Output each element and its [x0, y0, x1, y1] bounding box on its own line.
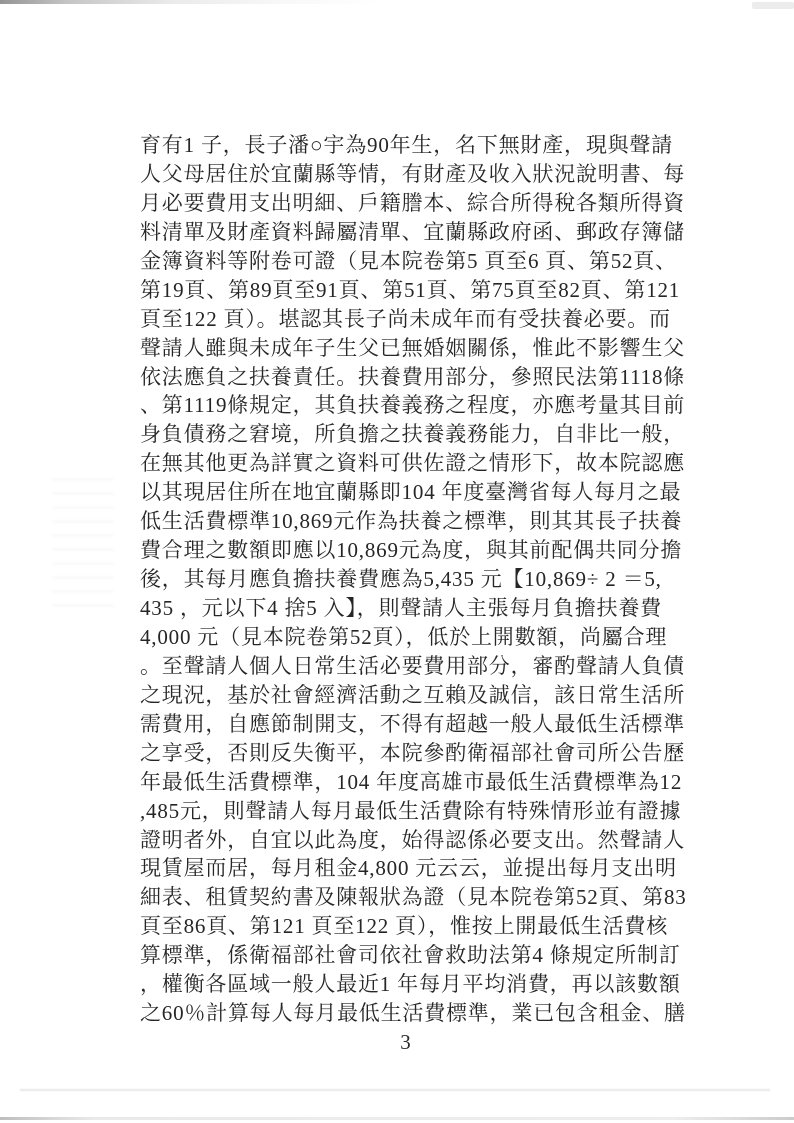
text-line: 費合理之數額即應以10,869元為度，與其前配偶共同分擔	[140, 536, 692, 565]
text-line: 在無其他更為詳實之資料可供佐證之情形下，故本院認應	[140, 449, 692, 478]
text-line: 低生活費標準10,869元作為扶養之標準，則其其長子扶養	[140, 507, 692, 536]
text-line: 月必要費用支出明細、戶籍謄本、綜合所得稅各類所得資	[140, 189, 692, 218]
text-line: 金簿資料等附卷可證（見本院卷第5 頁至6 頁、第52頁、	[140, 247, 692, 276]
scanned-document-page: 育有1 子，長子潘○宇為90年生，名下無財產，現與聲請人父母居住於宜蘭縣等情，有…	[0, 0, 794, 1123]
text-line: 第19頁、第89頁至91頁、第51頁、第75頁至82頁、第121	[140, 276, 692, 305]
text-line: 算標準，係衛福部社會司依社會救助法第4 條規定所制訂	[140, 941, 692, 970]
scan-artifact-bottom-line	[20, 1089, 770, 1091]
scan-artifact-top-edge	[0, 0, 380, 4]
text-line: 、第1119條規定，其負扶養義務之程度，亦應考量其目前	[140, 391, 692, 420]
text-line: 證明者外，自宜以此為度，始得認係必要支出。然聲請人	[140, 826, 692, 855]
body-text: 育有1 子，長子潘○宇為90年生，名下無財產，現與聲請人父母居住於宜蘭縣等情，有…	[140, 131, 692, 1028]
text-line: 依法應負之扶養責任。扶養費用部分，參照民法第1118條	[140, 363, 692, 392]
text-line: 頁至122 頁）。堪認其長子尚未成年而有受扶養必要。而	[140, 305, 692, 334]
text-line: 435 ，元以下4 捨5 入】，則聲請人主張每月負擔扶養費	[140, 594, 692, 623]
text-line: 料清單及財產資料歸屬清單、宜蘭縣政府函、郵政存簿儲	[140, 218, 692, 247]
text-line: 細表、租賃契約書及陳報狀為證（見本院卷第52頁、第83	[140, 883, 692, 912]
text-line: ,485元，則聲請人每月最低生活費除有特殊情形並有證據	[140, 797, 692, 826]
scan-artifact-top-right	[752, 2, 794, 9]
page-number: 3	[140, 1030, 672, 1055]
text-line: ，權衡各區域一般人最近1 年每月平均消費，再以該數額	[140, 970, 692, 999]
text-line: 需費用，自應節制開支，不得有超越一般人最低生活標準	[140, 710, 692, 739]
text-line: 以其現居住所在地宜蘭縣即104 年度臺灣省每人每月之最	[140, 478, 692, 507]
text-line: 之60％計算每人每月最低生活費標準，業已包含租金、膳	[140, 999, 692, 1028]
text-line: 之現況，基於社會經濟活動之互賴及誠信，該日常生活所	[140, 681, 692, 710]
text-line: 年最低生活費標準，104 年度高雄市最低生活費標準為12	[140, 768, 692, 797]
text-line: 人父母居住於宜蘭縣等情，有財產及收入狀況說明書、每	[140, 160, 692, 189]
text-line: 。至聲請人個人日常生活必要費用部分，審酌聲請人負債	[140, 652, 692, 681]
text-line: 頁至86頁、第121 頁至122 頁），惟按上開最低生活費核	[140, 912, 692, 941]
text-line: 後，其每月應負擔扶養費應為5,435 元【10,869÷ 2 ＝5,	[140, 565, 692, 594]
text-line: 之享受，否則反失衡平，本院參酌衛福部社會司所公告歷	[140, 739, 692, 768]
text-line: 聲請人雖與未成年子生父已無婚姻關係，惟此不影響生父	[140, 334, 692, 363]
text-line: 4,000 元（見本院卷第52頁），低於上開數額，尚屬合理	[140, 623, 692, 652]
text-line: 現賃屋而居，每月租金4,800 元云云，並提出每月支出明	[140, 854, 692, 883]
scan-artifact-left-margin-bleed	[52, 478, 114, 618]
text-line: 身負債務之窘境，所負擔之扶養義務能力，自非比一般，	[140, 420, 692, 449]
scan-artifact-bottom-edge	[0, 1117, 794, 1120]
text-line: 育有1 子，長子潘○宇為90年生，名下無財產，現與聲請	[140, 131, 692, 160]
